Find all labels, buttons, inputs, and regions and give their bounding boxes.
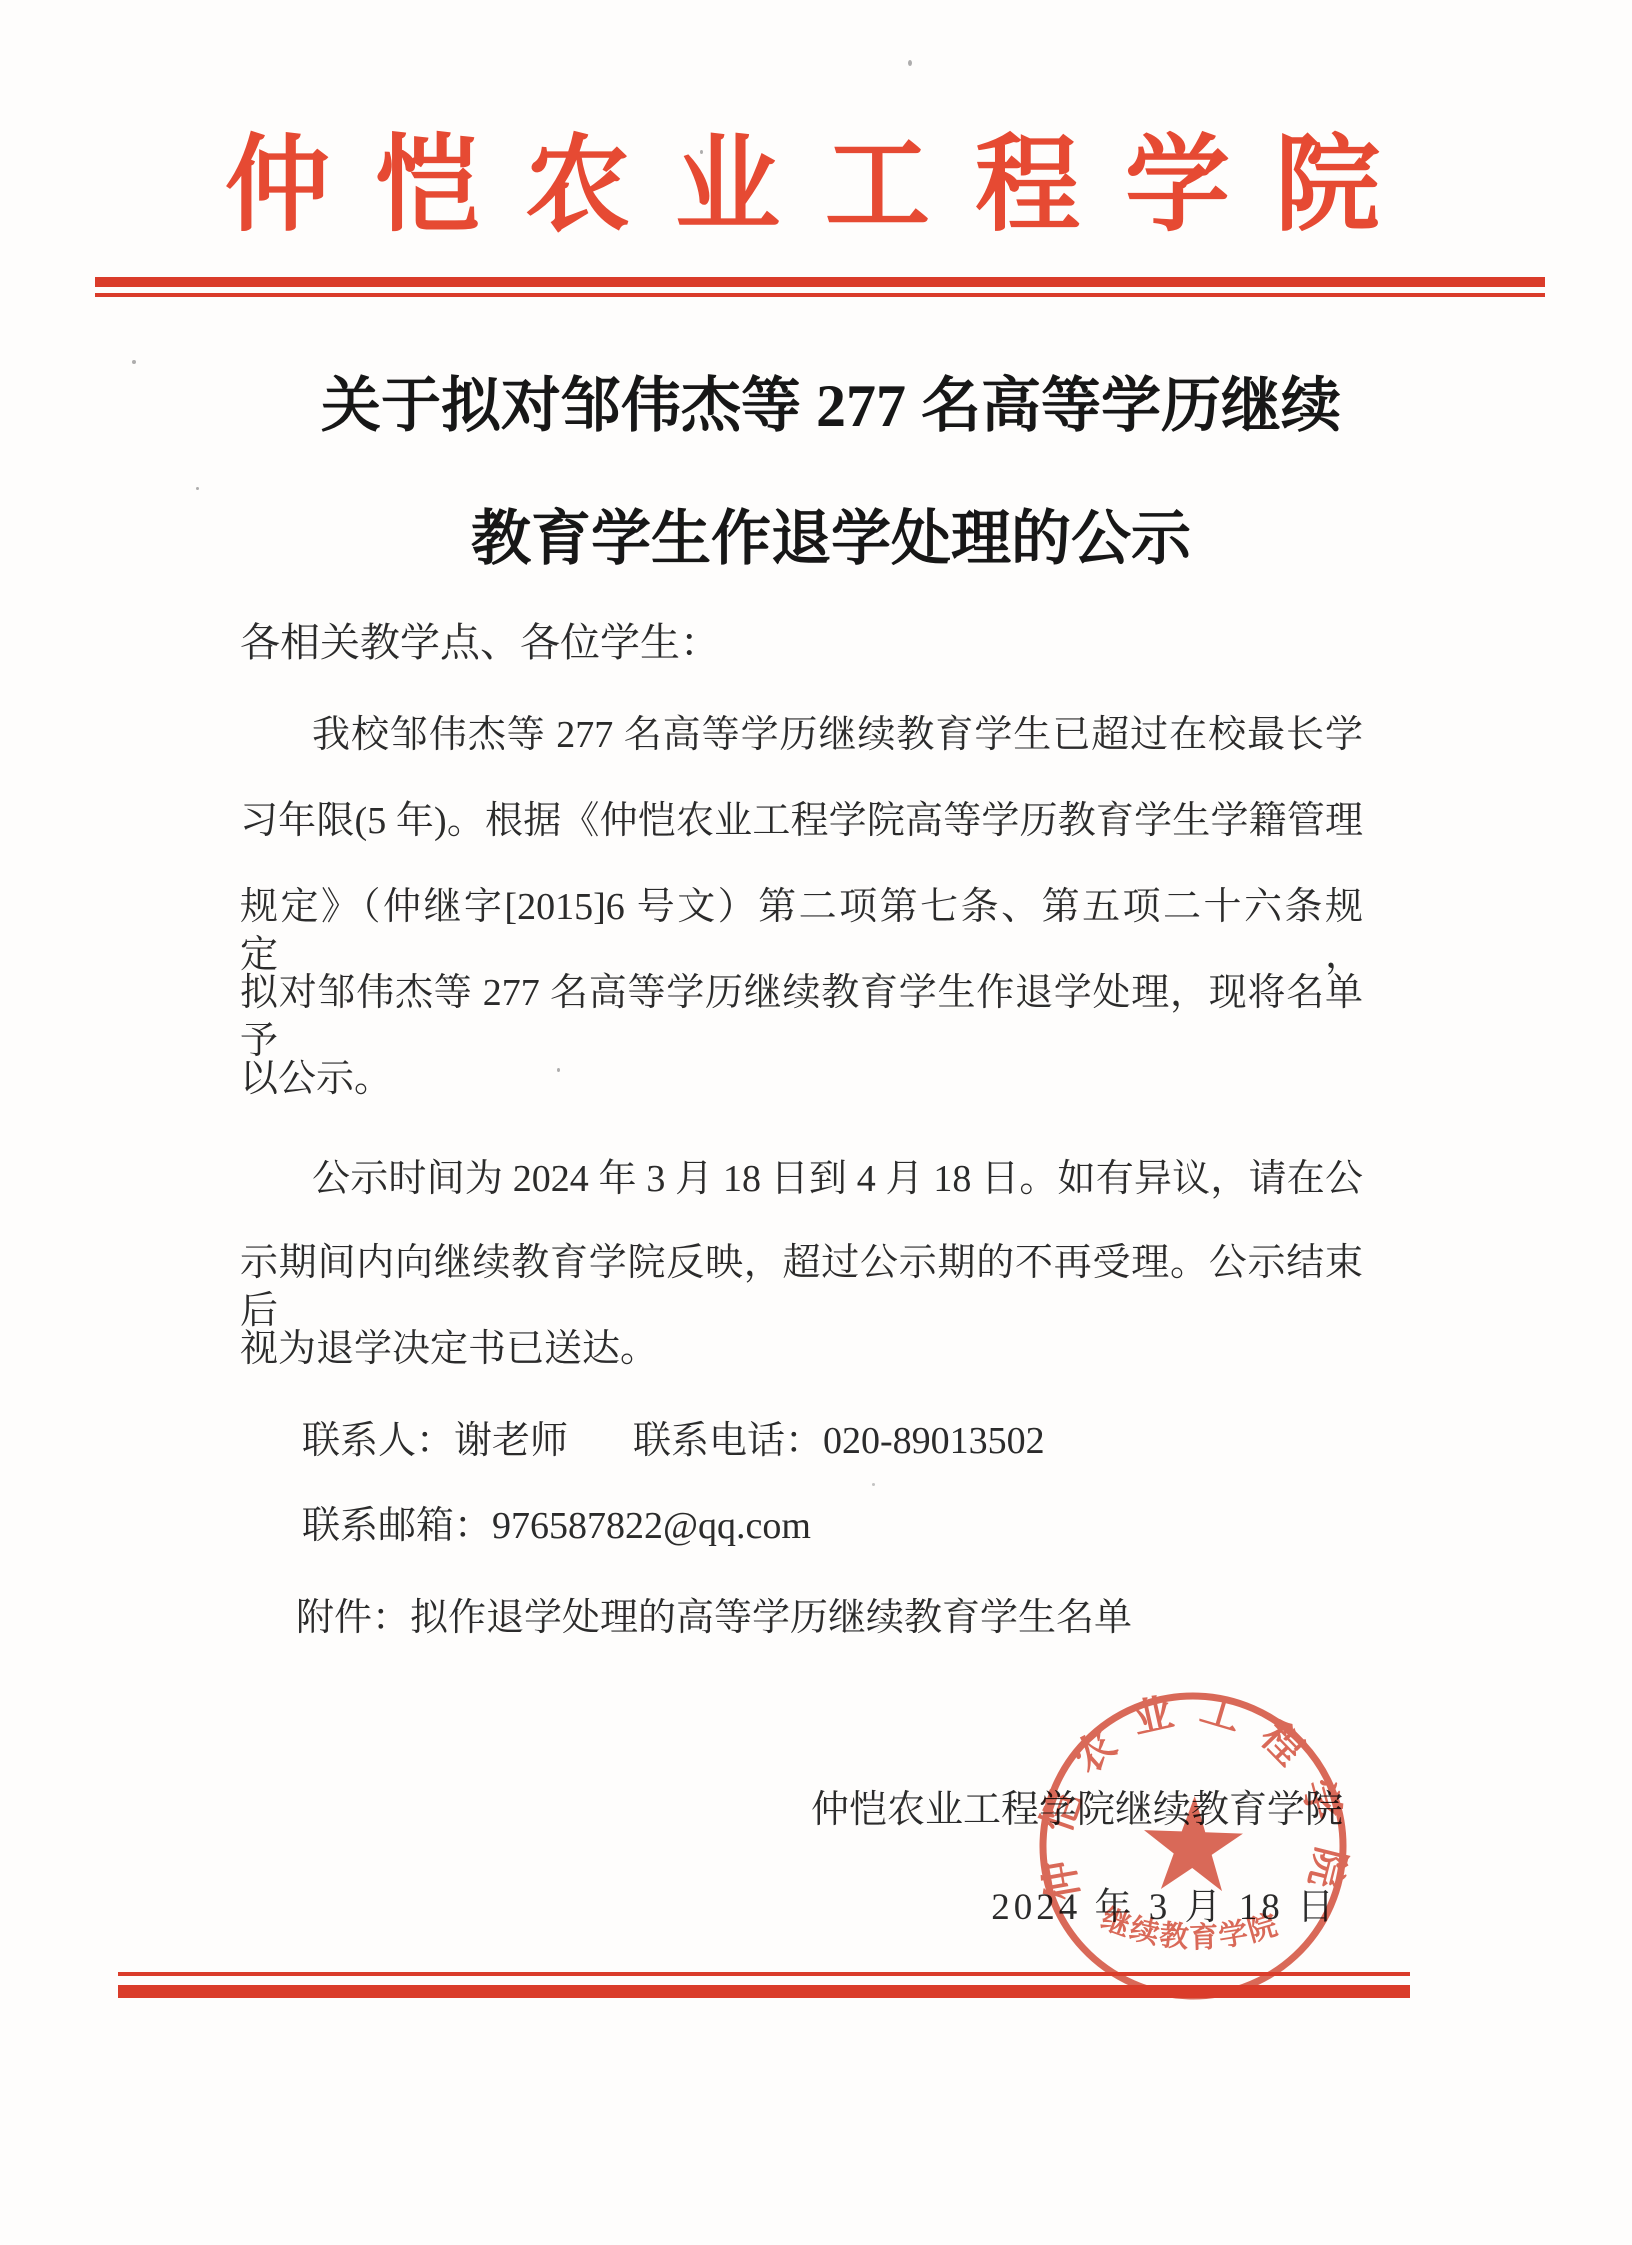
contact-row: 联系人：谢老师联系电话：020-89013502	[302, 1418, 1402, 1466]
body-line: 视为退学决定书已送达。	[240, 1326, 1363, 1374]
contact-email: 联系邮箱：976587822@qq.com	[302, 1503, 1425, 1551]
notice-title-line2: 教育学生作退学处理的公示	[0, 505, 1632, 574]
notice-title-line1: 关于拟对邹伟杰等 277 名高等学历继续	[0, 372, 1632, 441]
body-line: 以公示。	[240, 1056, 1363, 1104]
body-line: 规定》（仲继字[2015]6 号文）第二项第七条、第五项二十六条规定，	[240, 884, 1363, 979]
letterhead-rule-thin	[95, 293, 1545, 297]
body-line: 公示时间为 2024 年 3 月 18 日到 4 月 18 日。如有异议，请在公	[240, 1156, 1363, 1204]
scan-speck	[196, 487, 199, 490]
footer-rule-thick	[118, 1985, 1410, 1998]
scan-speck	[700, 150, 703, 154]
body-line: 我校邹伟杰等 277 名高等学历继续教育学生已超过在校最长学	[240, 712, 1363, 760]
letterhead-rule-thick	[95, 277, 1545, 287]
scanned-notice-page: 仲恺农业工程学院 关于拟对邹伟杰等 277 名高等学历继续 教育学生作退学处理的…	[0, 0, 1632, 2245]
scan-speck	[557, 1068, 560, 1072]
footer-rule-thin	[118, 1972, 1410, 1976]
scan-speck	[872, 1483, 875, 1486]
scan-speck	[908, 60, 912, 66]
salutation: 各相关教学点、各位学生：	[240, 618, 1363, 668]
body-line: 示期间内向继续教育学院反映，超过公示期的不再受理。公示结束后	[240, 1240, 1363, 1335]
contact-phone: 联系电话：020-89013502	[633, 1418, 1045, 1466]
svg-text:继续教育学院: 继续教育学院	[1096, 1902, 1284, 1958]
body-line: 习年限(5 年)。根据《仲恺农业工程学院高等学历教育学生学籍管理	[240, 798, 1363, 846]
contact-person: 联系人：谢老师	[302, 1420, 568, 1462]
seal-bottom-text: 继续教育学院	[1096, 1902, 1284, 1958]
scan-speck	[132, 360, 136, 364]
official-seal: 仲恺农业工程学院 继续教育学院	[1017, 1670, 1369, 2022]
body-line: 拟对邹伟杰等 277 名高等学历继续教育学生作退学处理，现将名单予	[240, 970, 1363, 1065]
attachment-note: 附件：拟作退学处理的高等学历继续教育学生名单	[296, 1595, 1419, 1643]
seal-star-icon	[1142, 1794, 1244, 1891]
letterhead-school-name: 仲恺农业工程学院	[225, 128, 1425, 244]
